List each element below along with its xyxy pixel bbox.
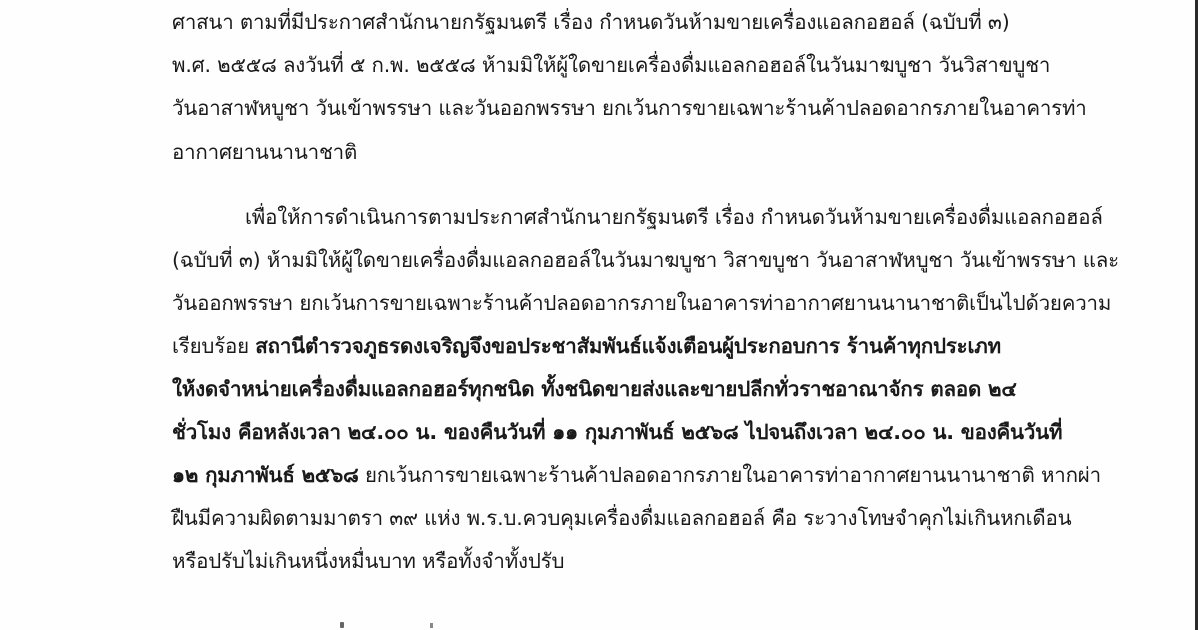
cut-off-next-line-mark — [340, 622, 344, 628]
paragraph-1-line-3: วันอาสาฬหบูชา วันเข้าพรรษา และวันออกพรรษ… — [172, 94, 1087, 122]
paragraph-2-line-9: หรือปรับไม่เกินหนึ่งหมื่นบาท หรือทั้งจำท… — [172, 547, 564, 575]
paragraph-2-line-2: (ฉบับที่ ๓) ห้ามมิให้ผู้ใดขายเครื่องดื่ม… — [172, 246, 1119, 274]
paragraph-2-line-4: เรียบร้อย สถานีตำรวจภูธรดงเจริญจึงขอประช… — [172, 332, 1001, 360]
paragraph-2-line-3: วันออกพรรษา ยกเว้นการขายเฉพาะร้านค้าปลอด… — [172, 289, 1111, 317]
scanned-document-page: ศาสนา ตามที่มีประกาศสำนักนายกรัฐมนตรี เร… — [0, 0, 1200, 630]
paragraph-2-line-5: ให้งดจำหน่ายเครื่องดื่มแอลกอฮอร์ทุกชนิด … — [172, 375, 1017, 403]
paragraph-2-line-1: เพื่อให้การดำเนินการตามประกาศสำนักนายกรั… — [245, 203, 1103, 231]
line-7-regular-text: ยกเว้นการขายเฉพาะร้านค้าปลอดอากรภายในอาค… — [359, 463, 1101, 487]
paragraph-2-line-7: ๑๒ กุมภาพันธ์ ๒๕๖๘ ยกเว้นการขายเฉพาะร้าน… — [172, 461, 1101, 489]
date-bold-text: ๑๒ กุมภาพันธ์ ๒๕๖๘ — [172, 463, 359, 487]
paragraph-2-line-6: ชั่วโมง คือหลังเวลา ๒๔.๐๐ น. ของคืนวันที… — [172, 418, 1062, 446]
cut-off-next-line-mark — [430, 623, 433, 628]
paragraph-1-line-1: ศาสนา ตามที่มีประกาศสำนักนายกรัฐมนตรี เร… — [172, 8, 1010, 36]
page-edge-border — [1195, 0, 1198, 630]
paragraph-2-line-8: ฝืนมีความผิดตามมาตรา ๓๙ แห่ง พ.ร.บ.ควบคุ… — [172, 504, 1071, 532]
paragraph-1-line-4: อากาศยานนานาชาติ — [172, 138, 357, 166]
paragraph-1-line-2: พ.ศ. ๒๕๕๘ ลงวันที่ ๕ ก.พ. ๒๕๕๘ ห้ามมิให้… — [172, 51, 1050, 79]
police-announcement-bold-text: สถานีตำรวจภูธรดงเจริญจึงขอประชาสัมพันธ์แ… — [255, 334, 1001, 358]
line-4-regular-text: เรียบร้อย — [172, 334, 255, 358]
